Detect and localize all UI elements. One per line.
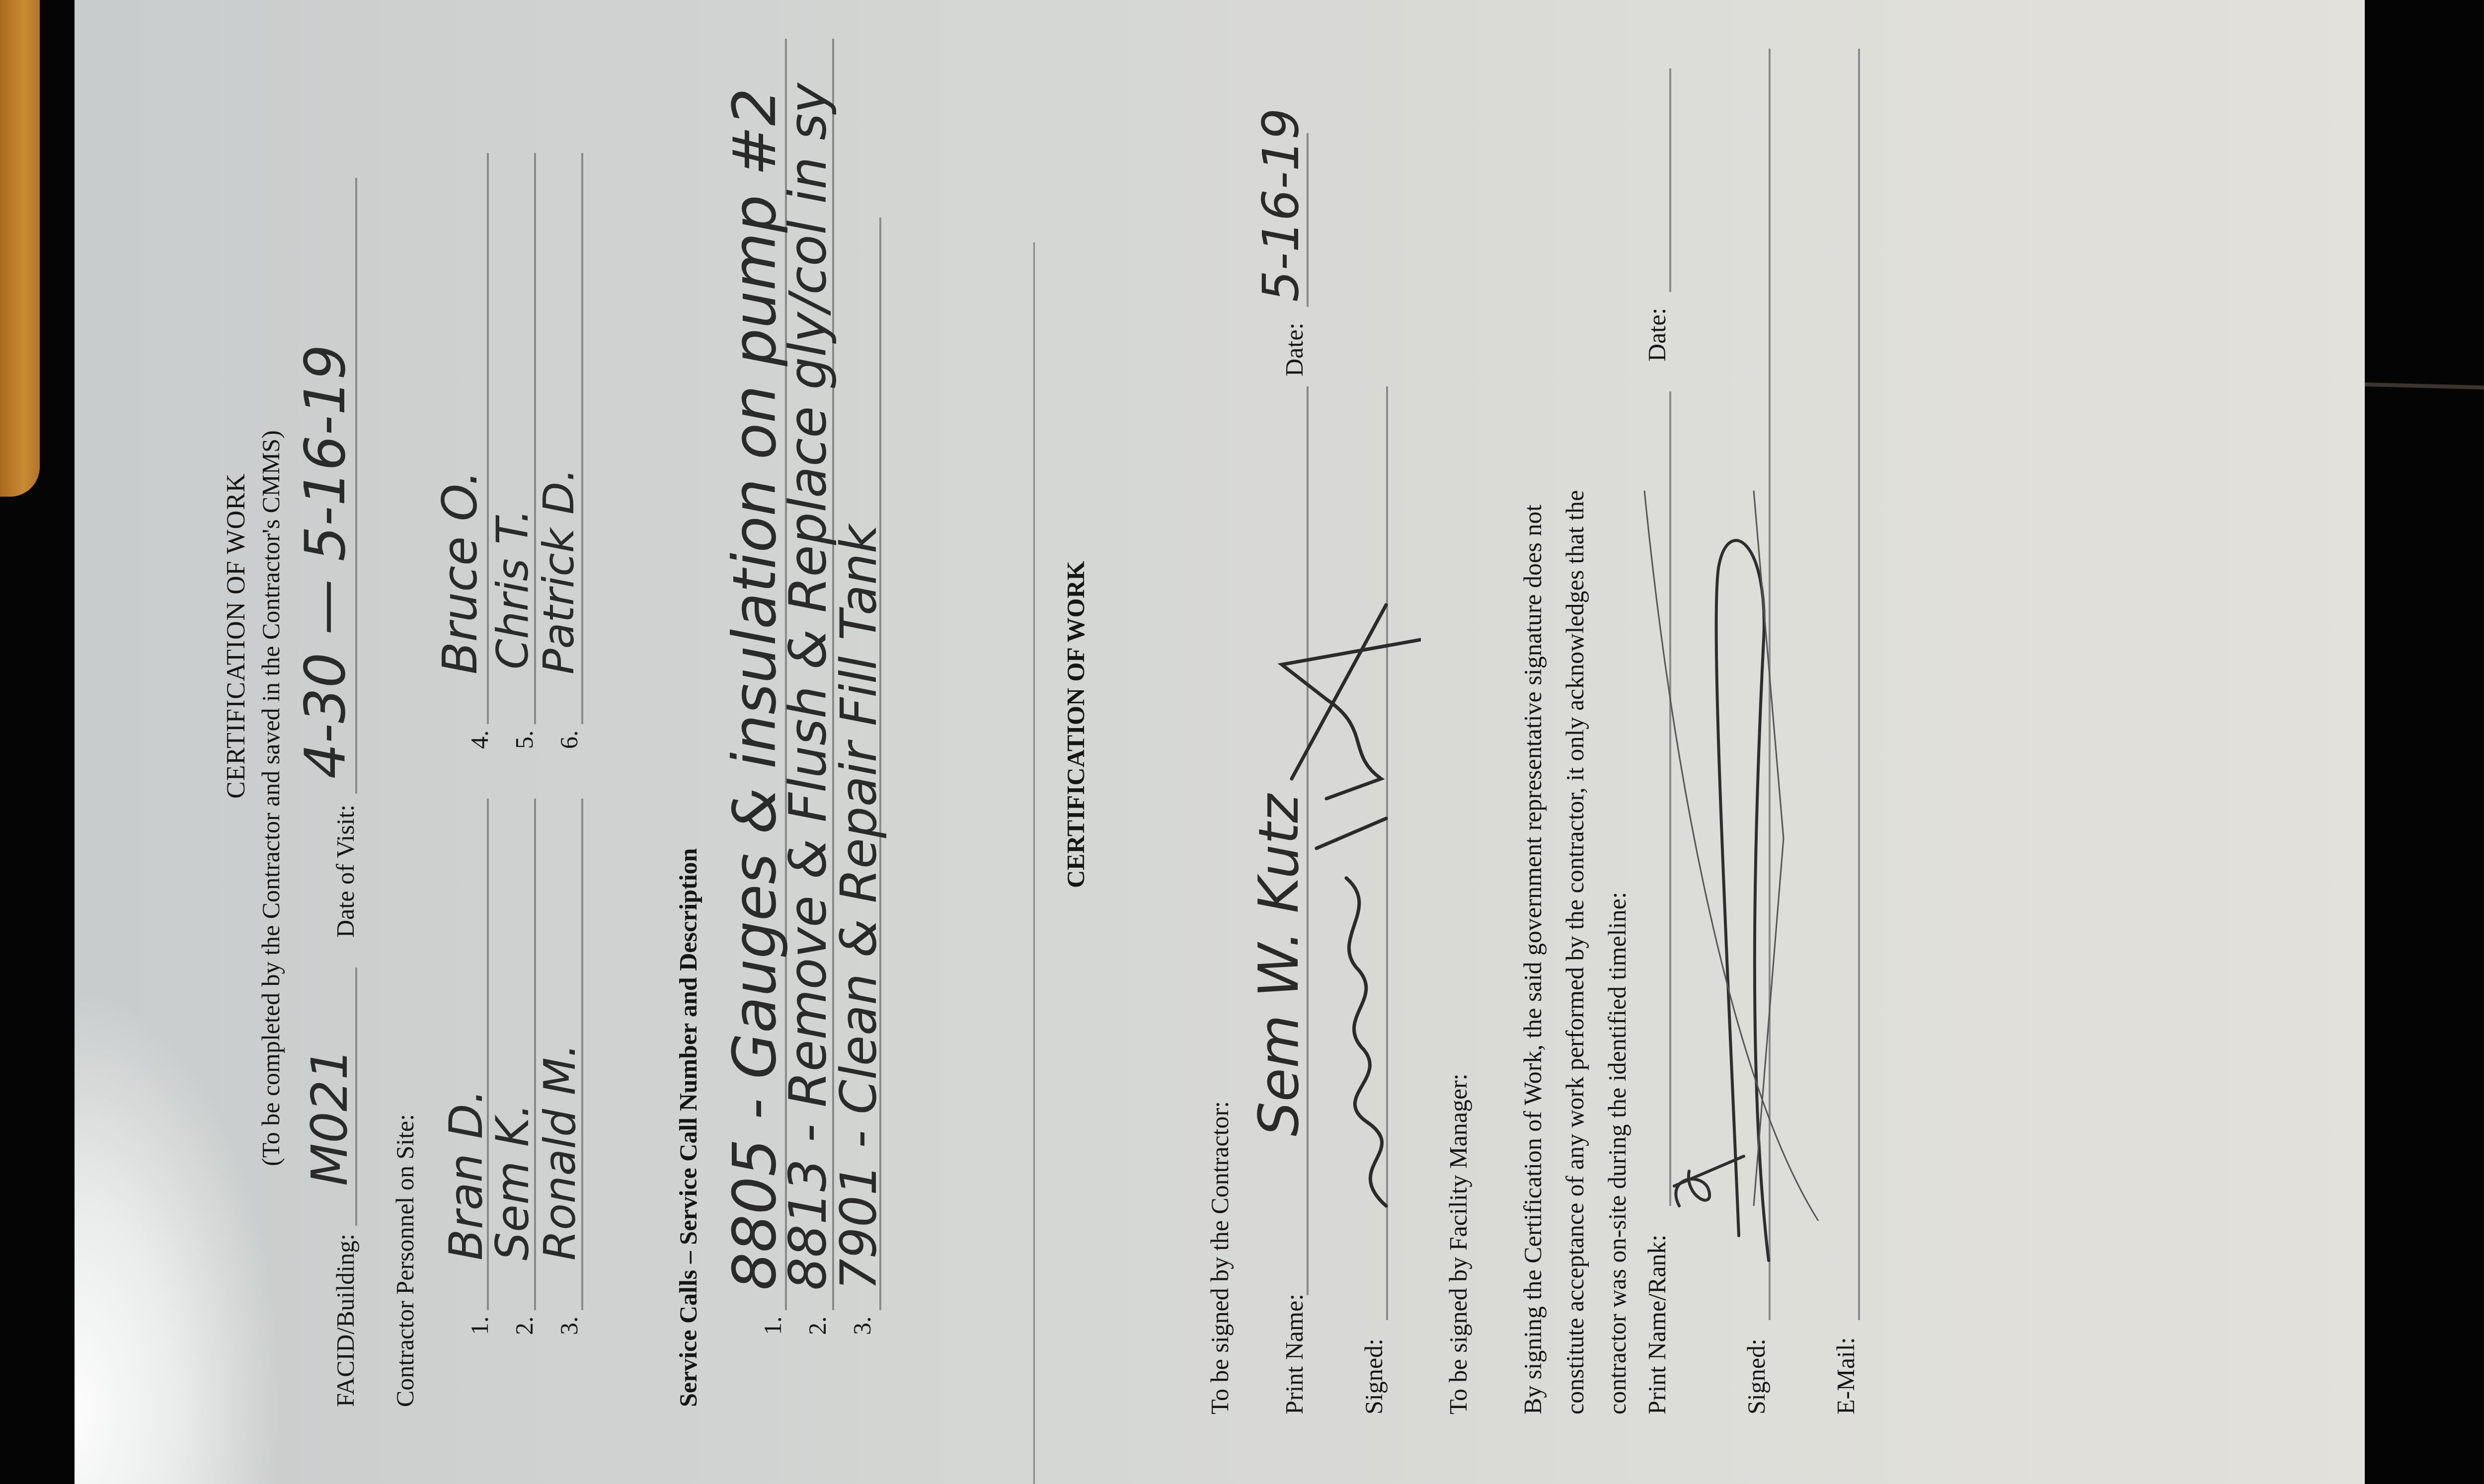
contractor-date-value[interactable]: 5-16-19 (1252, 108, 1310, 302)
dark-background (2365, 0, 2484, 1484)
manager-signed-label: Signed: (1744, 1338, 1769, 1414)
personnel-num: 2. (512, 1317, 537, 1336)
contractor-sign-label: To be signed by the Contractor: (1207, 1101, 1232, 1414)
manager-signature[interactable] (1605, 391, 1883, 1335)
disclaimer-line: By signing the Certification of Work, th… (1520, 505, 1545, 1414)
personnel-num: 4. (467, 731, 492, 749)
print-name-label: Print Name: (1282, 1294, 1307, 1414)
email-label: E-Mail: (1833, 1337, 1858, 1414)
personnel-num: 5. (512, 731, 537, 749)
facid-value[interactable]: M021 (301, 1048, 359, 1186)
contractor-signed-label: Signed: (1361, 1338, 1386, 1414)
facid-label: FACID/Building: (333, 1234, 358, 1407)
personnel-num: 1. (467, 1317, 492, 1336)
light-glare (75, 987, 283, 1484)
manager-date-label: Date: (1644, 308, 1669, 362)
contractor-signature[interactable] (1262, 580, 1421, 1226)
personnel-name[interactable]: Chris T. (487, 509, 538, 669)
date-of-visit-label: Date of Visit: (333, 805, 358, 938)
personnel-name[interactable]: Patrick D. (534, 468, 584, 674)
form-title: CERTIFICATION OF WORK (224, 473, 249, 799)
section-divider (1033, 242, 1035, 1484)
personnel-name[interactable]: Ronald M. (534, 1043, 585, 1261)
personnel-label: Contractor Personnel on Site: (392, 1114, 417, 1407)
personnel-num: 3. (556, 1317, 581, 1336)
wooden-surface (0, 0, 40, 497)
personnel-num: 6. (556, 731, 581, 749)
service-call-entry[interactable]: 7901 - Clean & Repair Fill Tank (830, 524, 888, 1290)
service-call-num: 3. (850, 1317, 874, 1336)
date-of-visit-value[interactable]: 4-30 — 5-16-19 (293, 344, 358, 779)
personnel-name[interactable]: Sem K. (487, 1104, 539, 1261)
manager-sign-label: To be signed by Facility Manager: (1446, 1073, 1471, 1414)
form-subtitle: (To be completed by the Contractor and s… (258, 430, 283, 1166)
service-call-num: 1. (760, 1317, 785, 1336)
service-call-entry[interactable]: 8813 - Remove & Flush & Replace gly/col … (777, 83, 838, 1290)
service-calls-heading: Service Calls – Service Call Number and … (676, 848, 700, 1407)
disclaimer-line: constitute acceptance of any work perfor… (1562, 490, 1587, 1414)
email-underline (1858, 49, 1860, 1320)
photo-scene: CERTIFICATION OF WORK (To be completed b… (0, 0, 2484, 1484)
certification-form-page: CERTIFICATION OF WORK (To be completed b… (75, 0, 2365, 1484)
certification-heading: CERTIFICATION OF WORK (1063, 561, 1088, 889)
personnel-name[interactable]: Bruce O. (432, 470, 488, 674)
contractor-date-label: Date: (1282, 323, 1307, 376)
service-call-num: 2. (805, 1317, 830, 1336)
personnel-name[interactable]: Bran D. (440, 1089, 493, 1261)
manager-date-underline (1669, 69, 1671, 292)
